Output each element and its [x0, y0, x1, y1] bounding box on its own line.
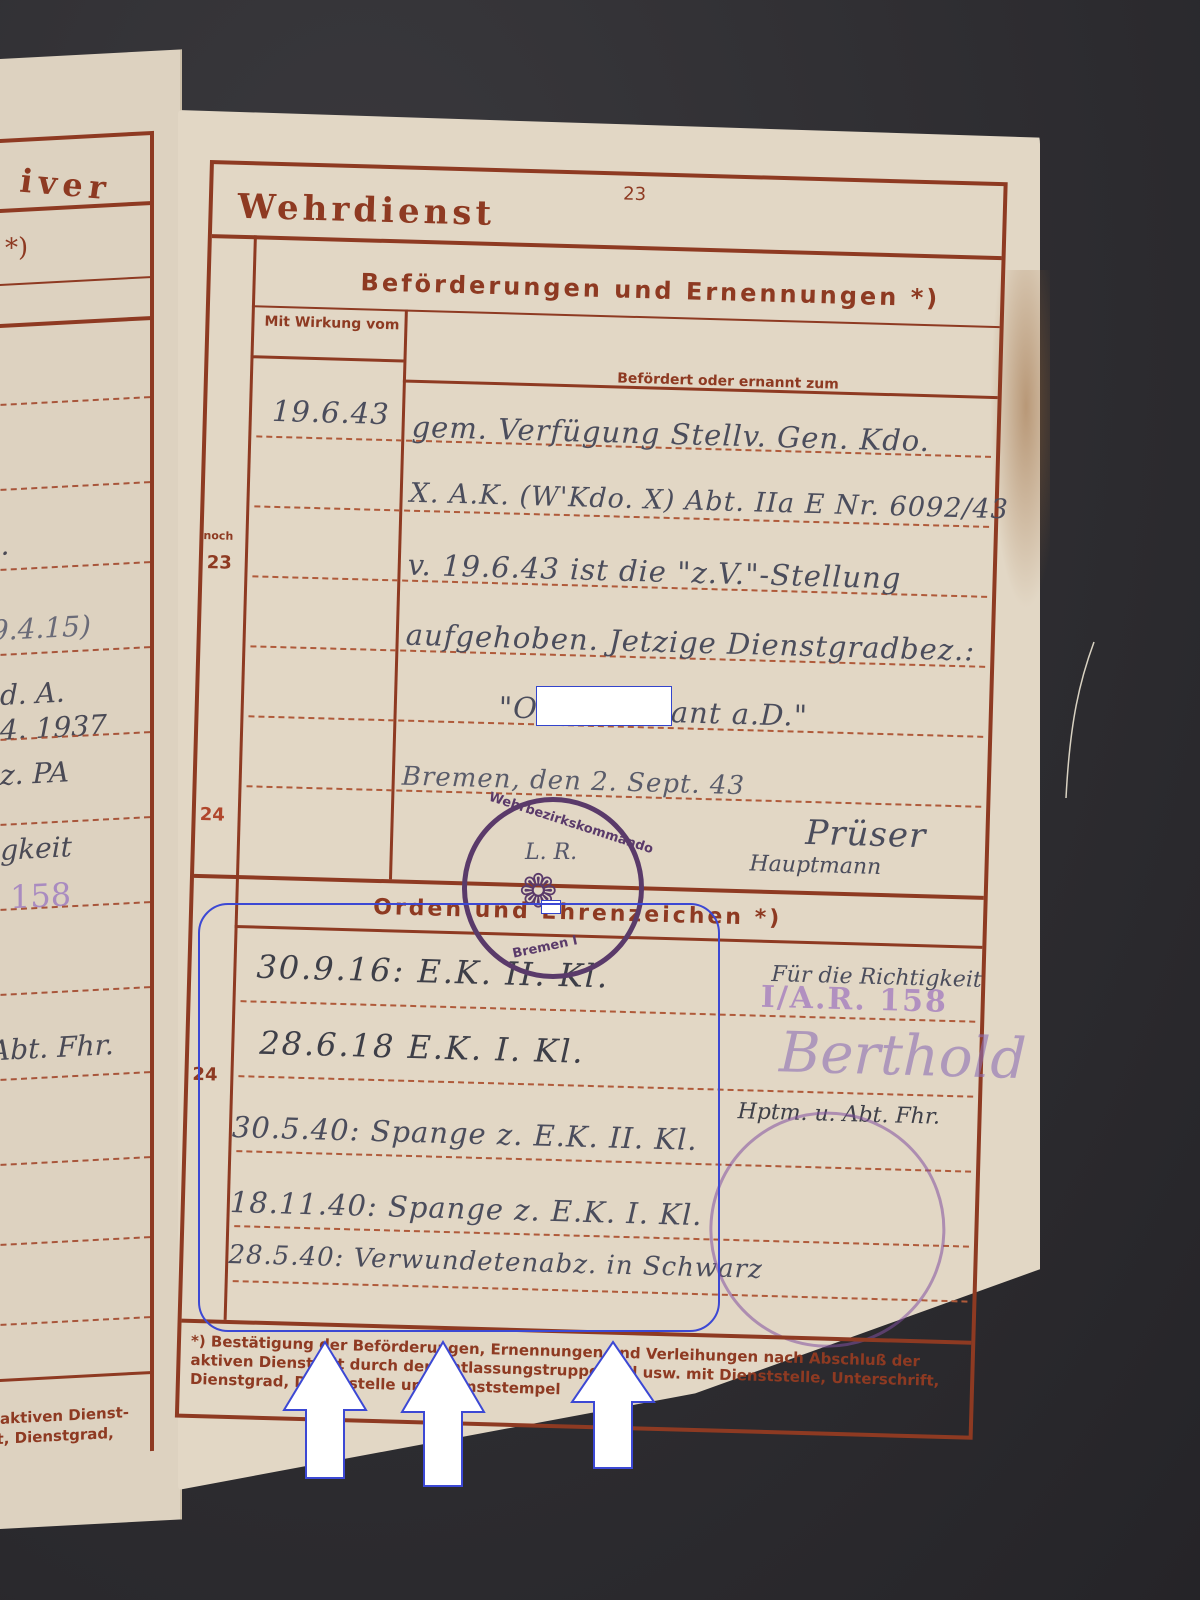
promotion-text-line: aufgehoben. Jetzige Dienstgradbez.: [405, 618, 975, 668]
left-page-handwriting: d. A. [0, 676, 65, 712]
header-underline [250, 355, 403, 362]
left-page-handwriting: z. PA [0, 755, 69, 792]
column-header-effective-date: Mit Wirkung vom [259, 313, 404, 334]
awards-highlight-box [198, 903, 720, 1332]
section-header: Wehrdienst [237, 187, 496, 234]
promotions-title: Beförderungen und Ernennungen *) [360, 268, 940, 312]
up-arrow-icon [282, 1340, 368, 1480]
promotion-place-date: Bremen, den 2. Sept. 43 [401, 762, 745, 802]
margin-label-noch: noch [203, 529, 233, 543]
stamp-text-mid: L. R. [525, 840, 577, 865]
margin-label-24-smudged: 24 [199, 804, 225, 826]
left-page-handwriting: B. [0, 528, 9, 563]
up-arrow-icon [400, 1340, 486, 1488]
regiment-stamp: I/A.R. 158 [760, 980, 948, 1020]
left-page-handwriting: (9.4.15) [0, 609, 91, 648]
promotion-date: 19.6.43 [272, 394, 391, 431]
promotion-signature-title: Hauptmann [749, 851, 881, 880]
left-page: iver n *) B. (9.4.15) d. A. 4. 1937 z. P… [0, 49, 182, 1530]
faint-round-stamp [706, 1108, 948, 1350]
left-page-handwriting: tigkeit [0, 830, 72, 868]
left-page-handwriting: Abt. Fhr. [0, 1028, 114, 1067]
left-page-stamp-number: 158 [10, 875, 71, 916]
column-divider [389, 310, 408, 880]
up-arrow-icon [570, 1340, 656, 1470]
left-page-frame [0, 131, 154, 1460]
page-number: 23 [623, 184, 646, 206]
left-page-handwriting: 4. 1937 [0, 708, 107, 747]
left-page-footnote: aktiven Dienst- ft, Dienstgrad, [0, 1402, 129, 1450]
redaction-box [536, 686, 672, 726]
promotion-signature: Prüser [805, 813, 927, 856]
margin-label-23: 23 [206, 552, 232, 574]
promotion-text-line: v. 19.6.43 ist die "z.V."-Stellung [407, 548, 902, 596]
promotion-text-line: gem. Verfügung Stellv. Gen. Kdo. [411, 410, 930, 458]
left-page-title-fragment: iver [18, 162, 114, 208]
left-page-subtitle-fragment: n *) [0, 232, 28, 265]
stray-thread [1060, 640, 1100, 800]
certification-signature: Berthold [778, 1020, 1027, 1092]
header-rule [212, 234, 1002, 260]
